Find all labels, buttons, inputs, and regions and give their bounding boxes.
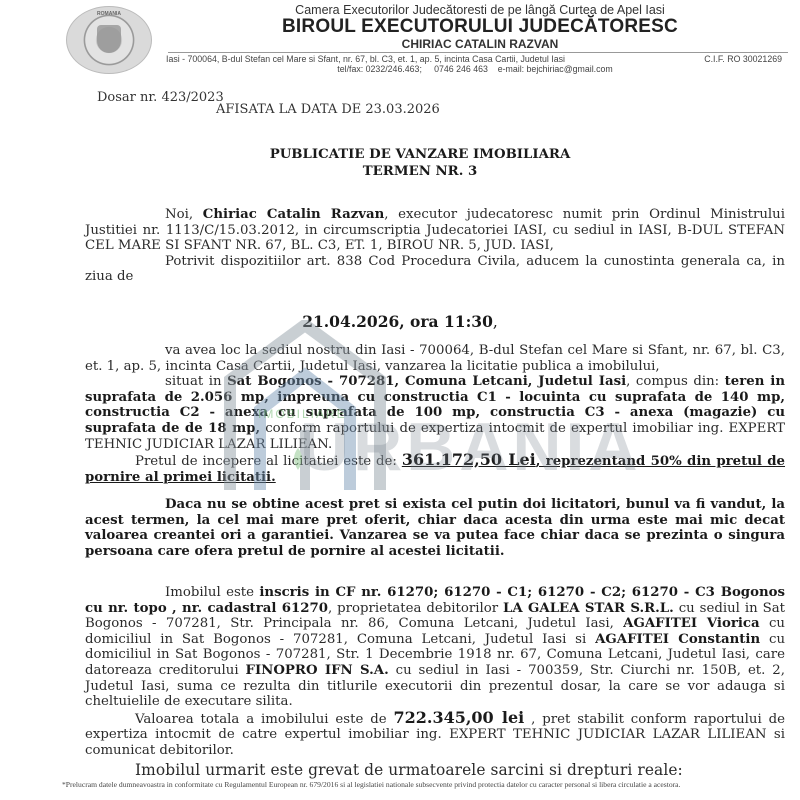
posted-date: AFISATA LA DATA DE 23.03.2026 bbox=[216, 102, 440, 117]
office-address: Iasi - 700064, B-dul Stefan cel Mare si … bbox=[166, 54, 796, 64]
bailiff-name-bold: Chiriac Catalin Razvan bbox=[203, 207, 384, 222]
conditions-section: Daca nu se obtine acest pret si exista c… bbox=[85, 497, 785, 559]
auction-notice-page: ROMANIA Camera Executorilor Judecătorest… bbox=[0, 0, 800, 800]
tax-id: C.I.F. RO 30021269 bbox=[704, 54, 782, 64]
auction-datetime: 21.04.2026, ora 11:30, bbox=[0, 312, 800, 331]
valuation-paragraph: Valoarea totala a imobilului este de 722… bbox=[85, 710, 785, 759]
encumbrances-heading: Imobilul urmarit este grevat de urmatoar… bbox=[85, 763, 785, 779]
legal-basis-paragraph: Potrivit dispozitiilor art. 838 Cod Proc… bbox=[85, 254, 785, 285]
auction-datetime-value: 21.04.2026, ora 11:30 bbox=[302, 312, 493, 331]
chamber-name: Camera Executorilor Judecătoresti de pe … bbox=[160, 3, 800, 17]
gdpr-footnote: *Prelucram datele dumneavoastra in confo… bbox=[62, 780, 792, 790]
document-title: PUBLICATIE DE VANZARE IMOBILIARA bbox=[20, 147, 800, 162]
case-number: Dosar nr. 423/2023 bbox=[97, 90, 224, 105]
creditor-name: FINOPRO IFN S.A. bbox=[246, 663, 389, 678]
office-name: BIROUL EXECUTORULUI JUDECĂTORESC bbox=[160, 16, 800, 38]
registration-section: Imobilul este inscris in CF nr. 61270; 6… bbox=[85, 585, 785, 759]
coat-of-arms-icon bbox=[97, 25, 121, 53]
intro-section: Noi, Chiriac Catalin Razvan, executor ju… bbox=[85, 207, 785, 285]
debtor-person-1: AGAFITEI Viorica bbox=[623, 616, 759, 631]
land-registry-paragraph: Imobilul este inscris in CF nr. 61270; 6… bbox=[85, 585, 785, 710]
starting-price: 361.172,50 Lei bbox=[402, 450, 536, 469]
address-text: Iasi - 700064, B-dul Stefan cel Mare si … bbox=[166, 54, 565, 64]
intro-text: Noi, bbox=[165, 207, 203, 222]
starting-price-paragraph: Pretul de incepere al licitatiei este de… bbox=[85, 452, 785, 485]
text: Valoarea totala a imobilului este de bbox=[135, 712, 393, 727]
debtor-company: LA GALEA STAR S.R.L. bbox=[503, 601, 674, 616]
punctuation: , bbox=[493, 313, 498, 331]
property-section: va avea loc la sediul nostru din Iasi - … bbox=[85, 343, 785, 485]
text: situat in bbox=[165, 374, 227, 389]
sale-conditions-paragraph: Daca nu se obtine acest pret si exista c… bbox=[85, 497, 785, 559]
seal-label: ROMANIA bbox=[67, 11, 151, 17]
text: , compus din: bbox=[626, 374, 725, 389]
bailiff-name: CHIRIAC CATALIN RAZVAN bbox=[160, 37, 800, 51]
office-contact: tel/fax: 0232/246.463; 0746 246 463 e-ma… bbox=[160, 64, 790, 74]
auction-location-paragraph: va avea loc la sediul nostru din Iasi - … bbox=[85, 343, 785, 374]
text: Pretul de incepere al licitatiei este de… bbox=[135, 454, 402, 469]
debtor-person-2: AGAFITEI Constantin bbox=[595, 632, 760, 647]
bailiff-seal-logo: ROMANIA bbox=[66, 6, 152, 74]
property-description-paragraph: situat in Sat Bogonos - 707281, Comuna L… bbox=[85, 374, 785, 452]
text: , proprietatea debitorilor bbox=[328, 601, 503, 616]
header-divider bbox=[168, 52, 788, 53]
intro-paragraph: Noi, Chiriac Catalin Razvan, executor ju… bbox=[85, 207, 785, 254]
document-subtitle: TERMEN NR. 3 bbox=[20, 164, 800, 179]
total-value: 722.345,00 lei bbox=[393, 708, 524, 727]
property-address: Sat Bogonos - 707281, Comuna Letcani, Ju… bbox=[227, 374, 626, 389]
text: Imobilul este bbox=[165, 585, 259, 600]
